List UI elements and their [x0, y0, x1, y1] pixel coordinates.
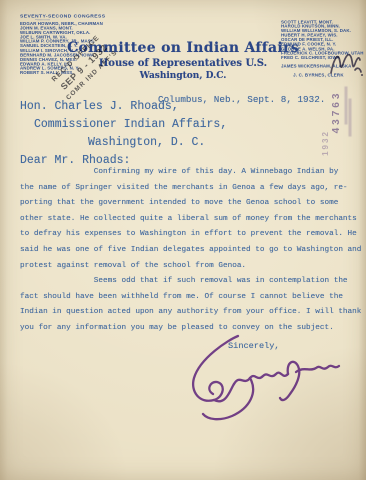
file-number-stamp: 43763 — [331, 90, 343, 134]
divider — [35, 20, 49, 21]
body-line: fact should have been withheld from me. … — [20, 290, 361, 306]
body-line: porting that the government intended to … — [20, 196, 361, 212]
body-line: the name of Springer visited the merchan… — [20, 181, 361, 197]
illegible-stamp-text — [345, 87, 348, 125]
body-line: to defray his expenses to Washington in … — [20, 227, 361, 243]
body-line: other state. He collected quite a libera… — [20, 212, 361, 228]
handwritten-initials-mark — [326, 46, 364, 80]
dateline: Columbus, Neb., Sept. 8, 1932. — [158, 94, 325, 105]
body-line: said he was one of five Indian delegates… — [20, 243, 361, 259]
file-year-stamp: 1932 — [321, 123, 331, 163]
letter-body: Confirming my wire of this day. A Winneb… — [20, 165, 361, 337]
recipient-title: Commissioner Indian Affairs, — [34, 118, 227, 131]
body-line: Seems odd that if such removal was in co… — [20, 274, 361, 290]
scanned-letter: SEVENTY-SECOND CONGRESS EDGAR HOWARD, NE… — [0, 0, 366, 480]
body-line: protest against removal of the school fr… — [20, 259, 361, 275]
recipient-city: Washington, D. C. — [88, 136, 205, 149]
congress-label: SEVENTY-SECOND CONGRESS — [20, 13, 114, 19]
body-line: Indian in question acted upon any author… — [20, 305, 361, 321]
body-line: Confirming my wire of this day. A Winneb… — [20, 165, 361, 181]
recipient-name: Hon. Charles J. Rhoads, — [20, 100, 179, 113]
illegible-stamp-text — [349, 99, 352, 137]
